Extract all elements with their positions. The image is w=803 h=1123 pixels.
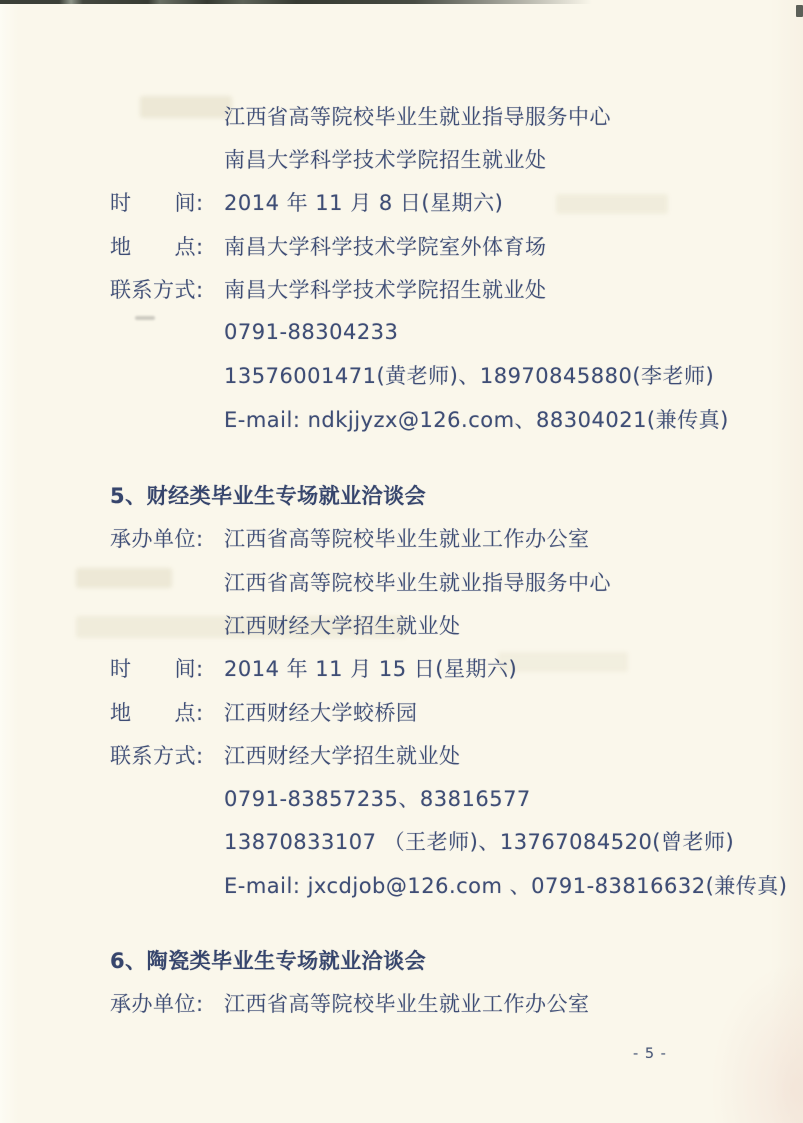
field-value-time: 2014 年 11 月 15 日(星期六) xyxy=(224,653,517,683)
document-line: 13870833107 （王老师)、13767084520(曾老师) xyxy=(0,820,803,863)
document-line: 时 间: 2014 年 11 月 8 日(星期六) xyxy=(0,181,803,224)
phone-numbers: 13576001471(黄老师)、18970845880(李老师) xyxy=(224,360,714,390)
field-value-contact: 江西财经大学招生就业处 xyxy=(224,740,461,770)
field-value-host: 江西省高等院校毕业生就业工作办公室 xyxy=(224,988,590,1018)
field-label-host: 承办单位: xyxy=(110,523,224,553)
field-value-time: 2014 年 11 月 8 日(星期六) xyxy=(224,187,503,217)
field-value-contact: 南昌大学科学技术学院招生就业处 xyxy=(224,274,547,304)
phone-numbers: 0791-83857235、83816577 xyxy=(224,783,531,813)
organizer-name: 江西省高等院校毕业生就业指导服务中心 xyxy=(224,101,611,131)
email-line: E-mail: jxcdjob@126.com 、0791-83816632(兼… xyxy=(224,870,787,900)
section-heading-6: 6、陶瓷类毕业生专场就业洽谈会 xyxy=(0,938,803,981)
document-line: 联系方式: 南昌大学科学技术学院招生就业处 xyxy=(0,267,803,310)
field-value-host: 江西省高等院校毕业生就业工作办公室 xyxy=(224,523,590,553)
field-value-location: 南昌大学科学技术学院室外体育场 xyxy=(224,231,547,261)
page-number: - 5 - xyxy=(633,1046,667,1062)
document-line: E-mail: ndkjjyzx@126.com、88304021(兼传真) xyxy=(0,397,803,440)
document-line: 0791-83857235、83816577 xyxy=(0,776,803,819)
document-line: 0791-88304233 xyxy=(0,310,803,353)
field-label-contact: 联系方式: xyxy=(110,274,224,304)
scanned-document-page: 江西省高等院校毕业生就业指导服务中心 南昌大学科学技术学院招生就业处 时 间: … xyxy=(0,0,803,1123)
document-line: 时 间: 2014 年 11 月 15 日(星期六) xyxy=(0,647,803,690)
field-label-time: 时 间: xyxy=(110,653,224,683)
phone-numbers: 13870833107 （王老师)、13767084520(曾老师) xyxy=(224,826,734,856)
document-line: 地 点: 江西财经大学蛟桥园 xyxy=(0,690,803,733)
document-body: 江西省高等院校毕业生就业指导服务中心 南昌大学科学技术学院招生就业处 时 间: … xyxy=(0,0,803,1025)
organizer-name: 江西省高等院校毕业生就业指导服务中心 xyxy=(224,567,611,597)
phone-number: 0791-88304233 xyxy=(224,320,398,344)
document-line: 承办单位: 江西省高等院校毕业生就业工作办公室 xyxy=(0,517,803,560)
field-label-time: 时 间: xyxy=(110,187,224,217)
field-label-host: 承办单位: xyxy=(110,988,224,1018)
document-line: 江西省高等院校毕业生就业指导服务中心 xyxy=(0,94,803,137)
field-value-location: 江西财经大学蛟桥园 xyxy=(224,697,418,727)
document-line: 联系方式: 江西财经大学招生就业处 xyxy=(0,733,803,776)
document-line: E-mail: jxcdjob@126.com 、0791-83816632(兼… xyxy=(0,863,803,906)
section-heading-5: 5、财经类毕业生专场就业洽谈会 xyxy=(0,473,803,516)
field-label-contact: 联系方式: xyxy=(110,740,224,770)
document-line: 承办单位: 江西省高等院校毕业生就业工作办公室 xyxy=(0,982,803,1025)
document-line: 13576001471(黄老师)、18970845880(李老师) xyxy=(0,354,803,397)
organizer-name: 南昌大学科学技术学院招生就业处 xyxy=(224,144,547,174)
field-label-location: 地 点: xyxy=(110,231,224,261)
document-line: 江西财经大学招生就业处 xyxy=(0,603,803,646)
organizer-name: 江西财经大学招生就业处 xyxy=(224,610,461,640)
field-label-location: 地 点: xyxy=(110,697,224,727)
document-line: 南昌大学科学技术学院招生就业处 xyxy=(0,137,803,180)
email-line: E-mail: ndkjjyzx@126.com、88304021(兼传真) xyxy=(224,404,729,434)
document-line: 江西省高等院校毕业生就业指导服务中心 xyxy=(0,560,803,603)
document-line: 地 点: 南昌大学科学技术学院室外体育场 xyxy=(0,224,803,267)
